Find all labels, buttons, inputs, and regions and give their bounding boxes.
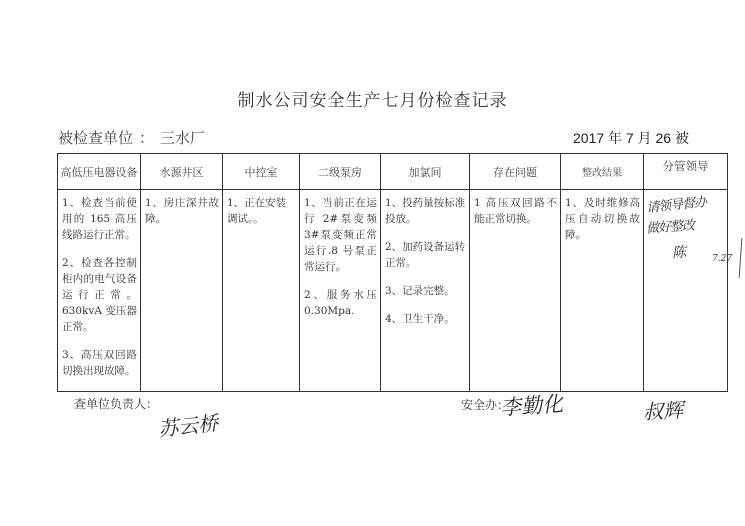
chlorination-item-4: 4、卫生干净。 — [385, 311, 466, 327]
control-room-item-1: 1、正在安装调试。。 — [227, 195, 296, 227]
issues-item-1: 1 高压双回路不能正常切换。 — [474, 195, 557, 227]
rectification-item-1: 1、及时维修高压自动切换故障。 — [565, 195, 640, 243]
leader-handwritten-comment: 请领导督办 做好整改 陈 7.27 — [644, 190, 727, 380]
well-area-item-1: 1、房庄深井故障。 — [145, 195, 219, 227]
header-rectification: 整改结果 — [561, 154, 644, 190]
chlorination-item-1: 1、投药量按标准投放。 — [385, 195, 466, 227]
cell-chlorination: 1、投药量按标准投放。 2、加药设备运转正常。 3、记录完整。 4、卫生干净。 — [381, 190, 470, 392]
header-electrical: 高低压电器设备 — [58, 154, 141, 190]
inspected-unit-label: 被检查单位 — [58, 129, 133, 147]
leader-comment-line-2: 做好整改 — [645, 214, 694, 236]
inspected-unit-separator: ： — [139, 129, 154, 147]
cell-issues: 1 高压双回路不能正常切换。 — [470, 190, 561, 392]
pump-house-item-1: 1、当前正在运行 2#泵变频 3#泵变频正常运行.8 号泵正常运行。 — [304, 195, 377, 275]
inspected-unit: 被检查单位：三水厂 — [58, 127, 205, 148]
extra-signature: 叔辉 — [642, 394, 683, 425]
cell-electrical: 1、检查当前使用的 165 高压线路运行正常。 2、检查各控制柜内的电气设备运行… — [58, 190, 141, 392]
inspection-table: 高低压电器设备 水源井区 中控室 二级泵房 加氯间 存在问题 整改结果 分管领导… — [57, 153, 728, 392]
electrical-item-2: 2、检查各控制柜内的电气设备运行正常。630kvA 变压器正常。 — [62, 255, 137, 335]
header-pump-house: 二级泵房 — [300, 154, 381, 190]
header-chlorination: 加氯间 — [381, 154, 470, 190]
cell-pump-house: 1、当前正在运行 2#泵变频 3#泵变频正常运行.8 号泵正常运行。 2、服务水… — [300, 190, 381, 392]
header-control-room: 中控室 — [223, 154, 300, 190]
inspected-unit-value: 三水厂 — [160, 129, 205, 147]
table-row: 1、检查当前使用的 165 高压线路运行正常。 2、检查各控制柜内的电气设备运行… — [58, 190, 728, 392]
table-header-row: 高低压电器设备 水源井区 中控室 二级泵房 加氯间 存在问题 整改结果 分管领导 — [58, 154, 728, 190]
leader-comment-line-1: 请领导督办 — [645, 191, 707, 216]
electrical-item-3: 3、高压双回路切换出现故障。 — [62, 347, 137, 379]
electrical-item-1: 1、检查当前使用的 165 高压线路运行正常。 — [62, 195, 137, 243]
pump-house-item-2: 2、服务水压 0.30Mpa. — [304, 287, 377, 319]
header-well-area: 水源井区 — [141, 154, 223, 190]
document-title: 制水公司安全生产七月份检查记录 — [0, 86, 745, 111]
cell-control-room: 1、正在安装调试。。 — [223, 190, 300, 392]
responsible-signature: 苏云桥 — [157, 407, 220, 442]
chlorination-item-3: 3、记录完整。 — [385, 283, 466, 299]
leader-signature: 陈 — [671, 242, 686, 263]
pen-stroke — [739, 238, 743, 278]
leader-sign-date: 7.27 — [712, 254, 732, 264]
cell-leader: 请领导督办 做好整改 陈 7.27 — [644, 190, 728, 392]
cell-rectification: 1、及时维修高压自动切换故障。 — [561, 190, 644, 392]
header-issues: 存在问题 — [470, 154, 561, 190]
header-leader: 分管领导 — [644, 154, 728, 190]
cell-well-area: 1、房庄深井故障。 — [141, 190, 223, 392]
inspection-date: 2017 年 7 月 26 被 — [573, 128, 689, 148]
responsible-label: 查单位负责人： — [74, 395, 158, 412]
chlorination-item-2: 2、加药设备运转正常。 — [385, 239, 466, 271]
safety-office-signature: 李勤化 — [499, 388, 564, 422]
